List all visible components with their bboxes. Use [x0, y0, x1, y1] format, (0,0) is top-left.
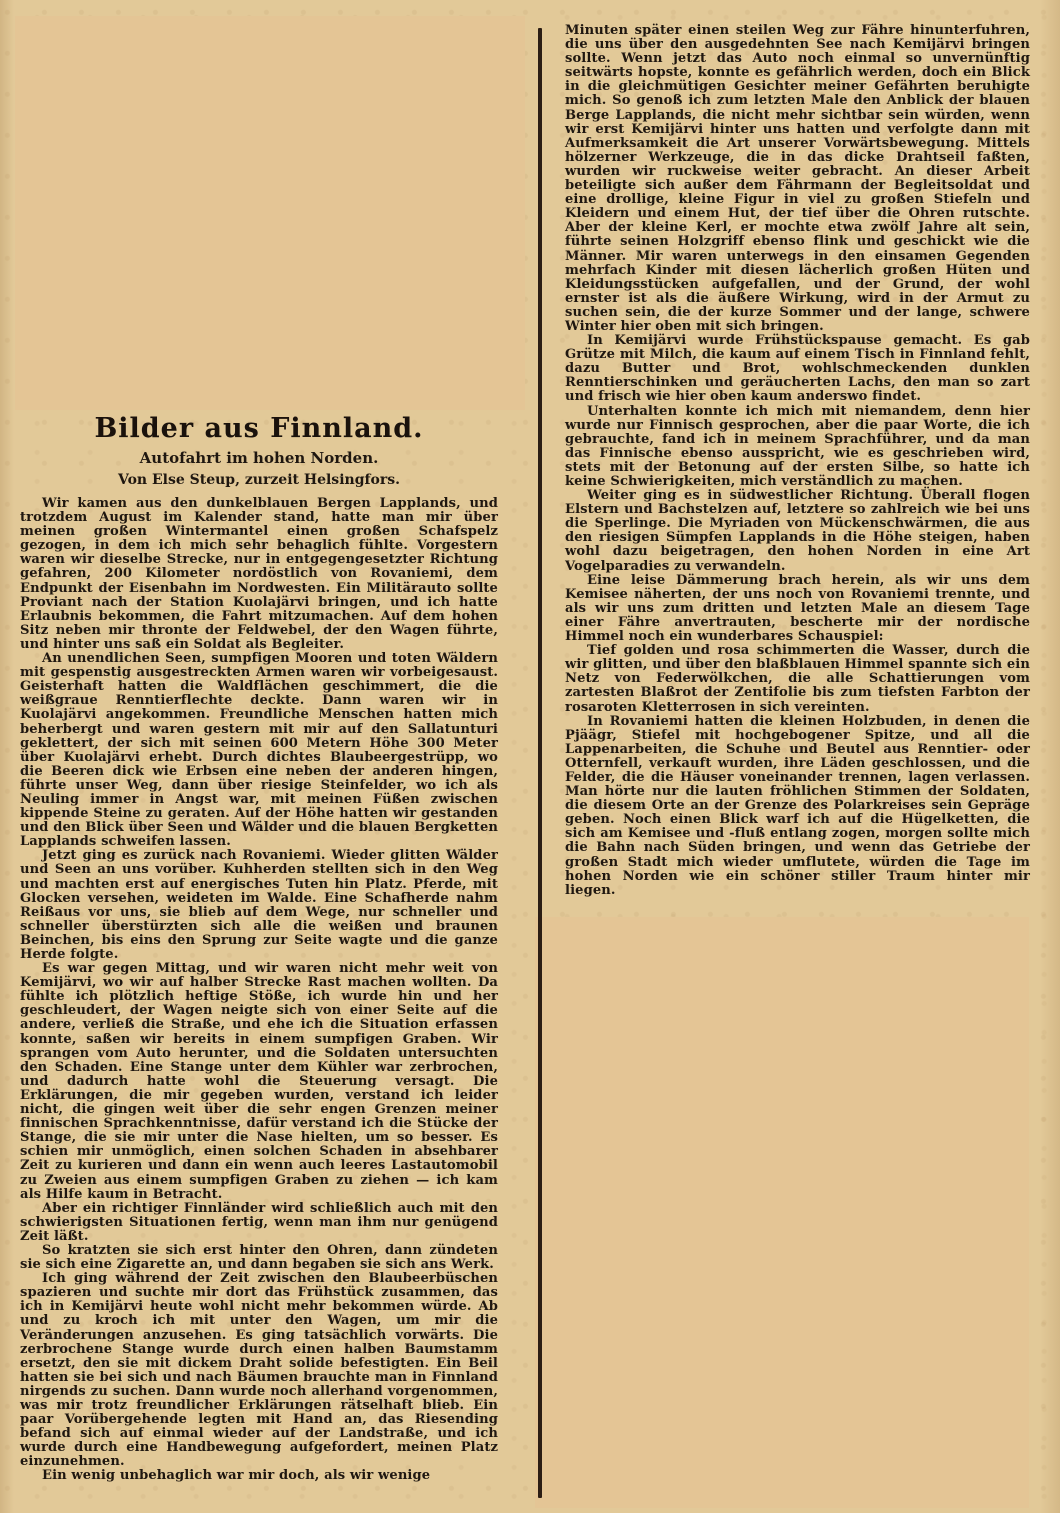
article-column-right: Minuten später einen steilen Weg zur Fäh…: [565, 24, 1030, 898]
article-subtitle: Autofahrt im hohen Norden.: [20, 448, 498, 468]
paragraph: Weiter ging es in südwestlicher Richtung…: [565, 489, 1030, 574]
paragraph: Es war gegen Mittag, und wir waren nicht…: [20, 962, 498, 1202]
paragraph: Unterhalten konnte ich mich mit niemande…: [565, 405, 1030, 490]
paragraph: Aber ein richtiger Finnländer wird schli…: [20, 1202, 498, 1244]
paragraph: An unendlichen Seen, sumpfigen Mooren un…: [20, 652, 498, 849]
paragraph: Ich ging während der Zeit zwischen den B…: [20, 1272, 498, 1469]
blank-paper-area-bottom-right: [535, 917, 1029, 1508]
blank-paper-area-top-left: [15, 16, 525, 410]
paragraph: Wir kamen aus den dunkelblauen Bergen La…: [20, 497, 498, 652]
column-divider-rule: [538, 28, 542, 1498]
paragraph: Eine leise Dämmerung brach herein, als w…: [565, 574, 1030, 644]
paragraph: Jetzt ging es zurück nach Rovaniemi. Wie…: [20, 849, 498, 962]
paragraph: Tief golden und rosa schimmerten die Was…: [565, 644, 1030, 714]
paragraph: In Rovaniemi hatten die kleinen Holzbude…: [565, 715, 1030, 898]
article-headline-block: Bilder aus Finnland. Autofahrt im hohen …: [20, 412, 498, 490]
paragraph: Minuten später einen steilen Weg zur Fäh…: [565, 24, 1030, 334]
paragraph: In Kemijärvi wurde Frühstückspause gemac…: [565, 334, 1030, 404]
article-column-left: Wir kamen aus den dunkelblauen Bergen La…: [20, 497, 498, 1484]
article-byline: Von Else Steup, zurzeit Helsingfors.: [20, 470, 498, 490]
paragraph: Ein wenig unbehaglich war mir doch, als …: [20, 1469, 498, 1483]
article-title: Bilder aus Finnland.: [20, 412, 498, 446]
paragraph: So kratzten sie sich erst hinter den Ohr…: [20, 1244, 498, 1272]
